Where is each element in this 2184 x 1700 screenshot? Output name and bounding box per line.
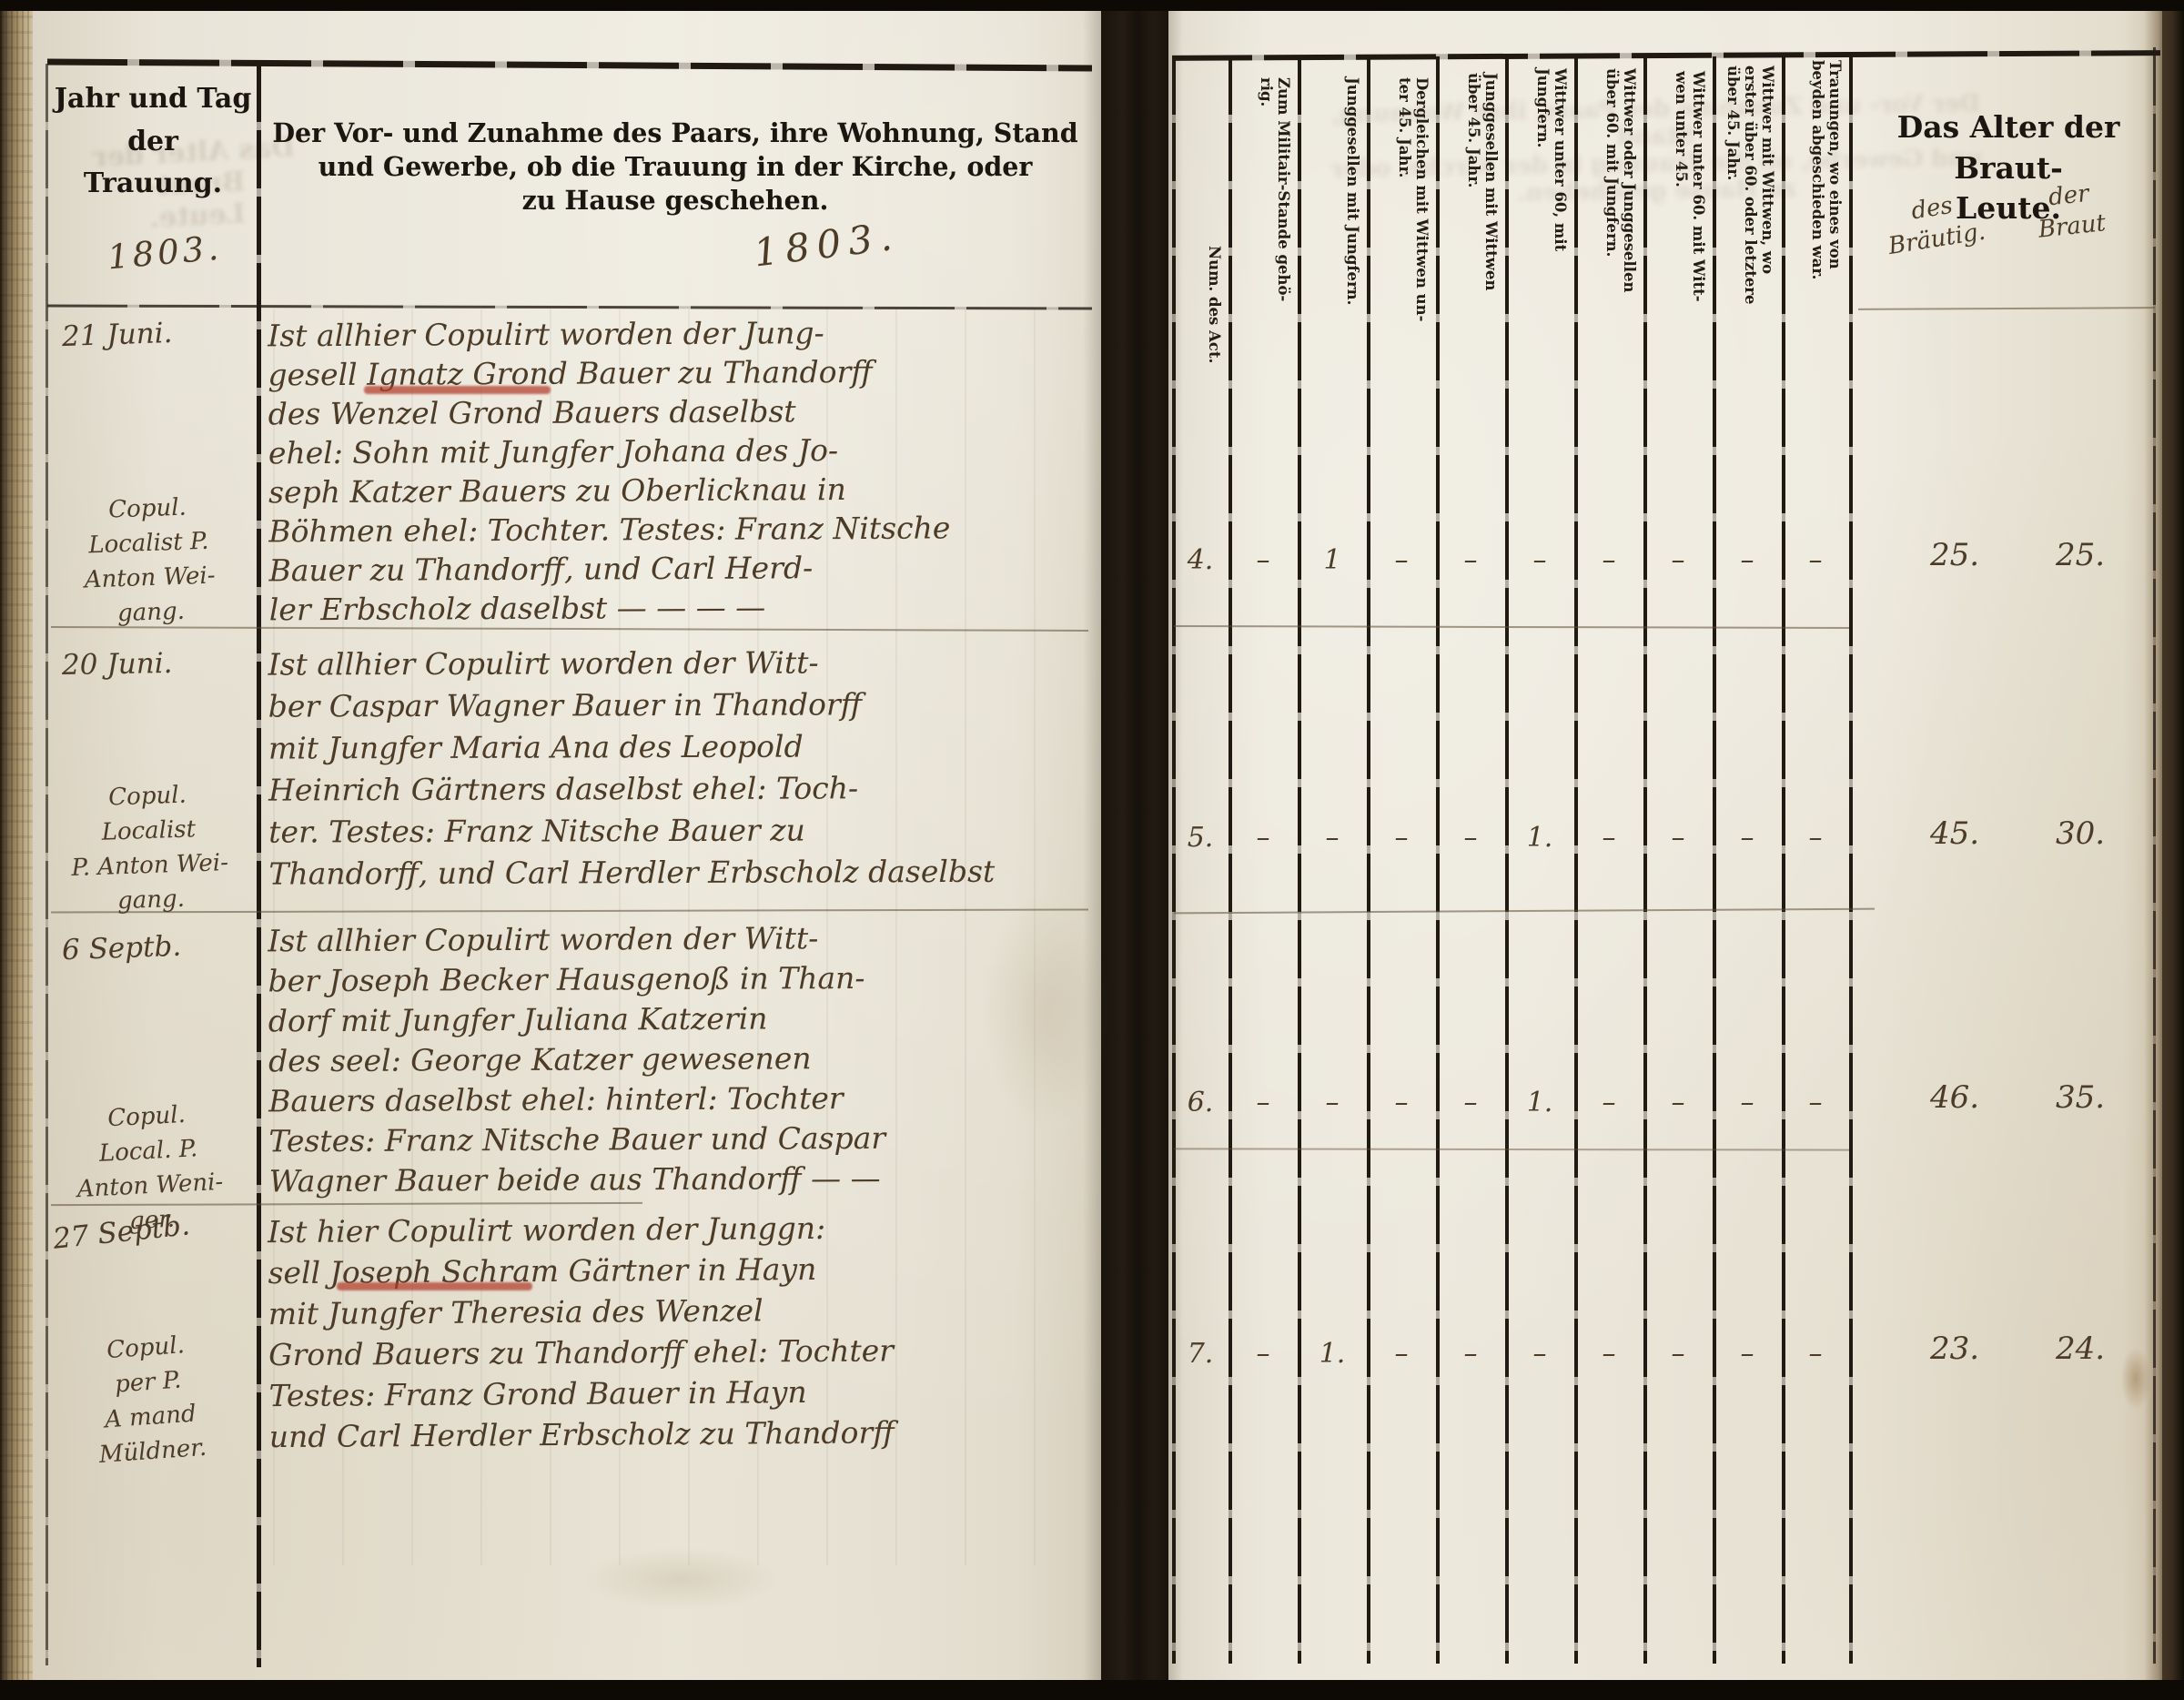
stat-cell: 5. <box>1173 822 1228 854</box>
stat-cell: – <box>1788 822 1843 854</box>
stat-cell: 1. <box>1512 822 1567 854</box>
stat-cell: 6. <box>1173 1087 1228 1118</box>
entry-date: 21 Juni. <box>61 317 173 353</box>
stat-cell: – <box>1236 822 1290 854</box>
entry-date: 6 Septb. <box>61 930 181 967</box>
stat-cell: – <box>1374 1087 1429 1118</box>
bride-age: 25. <box>2038 537 2122 573</box>
book-edge-right <box>2144 0 2184 1700</box>
entry-date: 20 Juni. <box>62 647 173 682</box>
book-page-edges-left <box>0 0 36 1700</box>
entry-record-text: Ist allhier Copulirt worden der Jung- ge… <box>268 312 1093 630</box>
bride-age: 35. <box>2038 1079 2122 1116</box>
bride-age: 24. <box>2038 1331 2122 1367</box>
stat-column-rule <box>1298 56 1301 1664</box>
entry-officiant-note: Copul. Localist P. Anton Wei- gang. <box>50 488 248 632</box>
groom-age: 23. <box>1913 1331 1997 1367</box>
stat-cell: – <box>1788 1087 1843 1118</box>
page-edge-texture <box>0 0 36 1700</box>
stat-cell: 1. <box>1512 1087 1567 1118</box>
column-header-num-des-act: Num. des Act. <box>1206 246 1223 519</box>
stat-cell: – <box>1236 544 1290 576</box>
column-header-wittwer-ueber-60-jungfern: Wittwer oder Junggesellen über 60. mit J… <box>1603 68 1638 341</box>
stat-column-rule <box>1782 56 1785 1664</box>
entry-record-text: Ist hier Copulirt worden der Junggn: sel… <box>268 1206 1093 1457</box>
stat-cell: – <box>1374 822 1429 854</box>
stat-cell: – <box>1582 1087 1636 1118</box>
stat-cell: – <box>1720 544 1774 576</box>
bride-age: 30. <box>2038 815 2122 852</box>
column-header-mit-wittwen-ueber-45: Junggesellen mit Wittwen über 45. Jahr. <box>1465 73 1500 346</box>
groom-age: 46. <box>1913 1079 1997 1116</box>
stat-cell: – <box>1582 1338 1636 1370</box>
stat-cell: 7. <box>1173 1338 1228 1370</box>
stat-cell: – <box>1443 544 1498 576</box>
stat-cell: – <box>1720 1087 1774 1118</box>
stat-cell: – <box>1582 544 1636 576</box>
stat-column-rule <box>1172 56 1176 1664</box>
photo-background-bottom <box>0 1680 2184 1700</box>
stat-column-rule <box>1505 56 1509 1664</box>
stat-cell: – <box>1374 1338 1429 1370</box>
stat-cell: – <box>1236 1087 1290 1118</box>
stat-column-rule <box>1713 56 1716 1664</box>
column-header-wittwer-unter-60-wittwen: Wittwer unter 60. mit Witt- wen unter 45… <box>1673 71 1707 344</box>
main-column-header: Der Vor- und Zunahme des Paars, ihre Woh… <box>266 116 1085 218</box>
groom-age: 45. <box>1913 815 1997 852</box>
groom-age: 25. <box>1913 537 1997 573</box>
date-column-divider-line <box>257 64 261 1667</box>
stat-cell: – <box>1651 822 1705 854</box>
left-table-left-border <box>45 64 48 1665</box>
stat-cell: 4. <box>1173 544 1228 576</box>
stat-column-rule <box>1228 56 1232 1664</box>
stat-cell: – <box>1443 1087 1498 1118</box>
column-header-militair-stand: Zum Militair-Stande gehö- rig. <box>1258 77 1292 350</box>
stat-cell: – <box>1720 822 1774 854</box>
stat-cell: – <box>1374 544 1429 576</box>
column-header-trauungen-geschieden: Trauungen, wo eines von beyden abgeschie… <box>1809 60 1844 333</box>
stat-column-rule <box>1574 56 1578 1664</box>
stat-cell: – <box>1236 1338 1290 1370</box>
ages-subheader-bride-handwritten: der Braut <box>2034 177 2108 245</box>
column-header-wittwer-unter-60-jungfern: Wittwer unter 60, mit Jungfern. <box>1534 68 1569 341</box>
date-column-header: Jahr und Tag der Trauung. <box>50 78 256 206</box>
stat-cell: – <box>1582 822 1636 854</box>
stat-cell: – <box>1512 544 1567 576</box>
stat-cell: – <box>1788 544 1843 576</box>
stat-cell: – <box>1651 544 1705 576</box>
stat-cell: – <box>1512 1338 1567 1370</box>
stat-cell: – <box>1305 822 1360 854</box>
red-underline-joseph-schram <box>337 1282 532 1290</box>
stat-cell: – <box>1720 1338 1774 1370</box>
stat-cell: – <box>1305 1087 1360 1118</box>
stat-cell: 1 <box>1305 544 1360 576</box>
stat-cell: – <box>1443 822 1498 854</box>
stat-cell: 1. <box>1305 1338 1360 1370</box>
stat-cell: – <box>1651 1338 1705 1370</box>
column-header-junggesellen-jungfern: Junggesellen mit Jungfern. <box>1344 77 1361 350</box>
photo-background-top <box>0 0 2184 11</box>
stat-column-rule <box>1849 56 1853 1664</box>
right-table-right-border <box>2153 47 2156 1664</box>
entry-officiant-note: Copul. Localist P. Anton Wei- gang. <box>50 775 248 920</box>
entry-officiant-note: Copul. per P. A mand Müldner. <box>48 1324 250 1475</box>
stat-cell: – <box>1651 1087 1705 1118</box>
column-header-mit-wittwen-unter-45: Dergleichen mit Wittwen un- ter 45. Jahr… <box>1396 77 1431 350</box>
column-header-wittwer-mit-wittwen: Wittwer mit Wittwen, wo erster über 60. … <box>1724 66 1776 339</box>
entry-record-text: Ist allhier Copulirt worden der Witt- be… <box>268 641 1093 895</box>
book-photo: Das Alter der Braut- Leute. Der Vor- und… <box>0 0 2184 1700</box>
red-underline-ignatz-grond <box>364 386 551 394</box>
stat-column-rule <box>1436 56 1440 1664</box>
stat-cell: – <box>1443 1338 1498 1370</box>
book-gutter <box>1083 0 1183 1700</box>
stat-cell: – <box>1788 1338 1843 1370</box>
stat-column-rule <box>1367 56 1370 1664</box>
entry-record-text: Ist allhier Copulirt worden der Witt- be… <box>268 917 1093 1202</box>
stat-column-rule <box>1643 56 1647 1664</box>
